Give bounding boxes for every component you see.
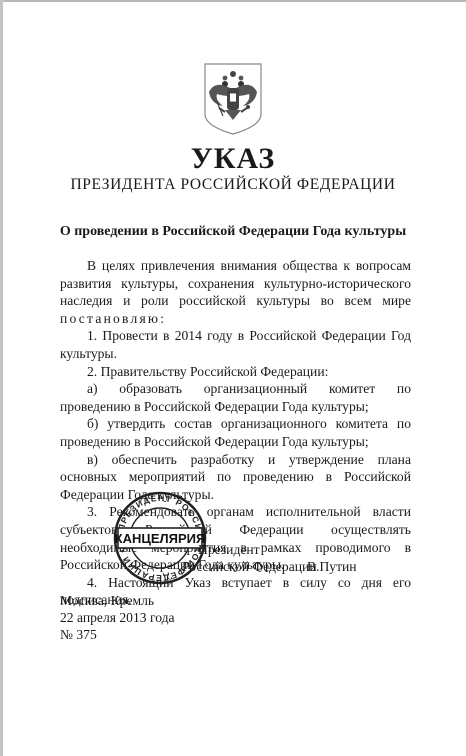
decree-subtitle: ПРЕЗИДЕНТА РОССИЙСКОЙ ФЕДЕРАЦИИ bbox=[0, 175, 466, 195]
place: Москва, Кремль bbox=[60, 592, 175, 609]
coat-of-arms-icon bbox=[203, 62, 263, 136]
preamble: В целях привлечения внимания общества к … bbox=[60, 257, 411, 327]
decree-title: УКАЗ bbox=[0, 142, 466, 176]
item-2a: а) образовать организационный комитет по… bbox=[60, 380, 411, 415]
page-border-left bbox=[0, 0, 3, 756]
decree-number: № 375 bbox=[60, 626, 175, 643]
stamp-center-text: КАНЦЕЛЯРИЯ bbox=[115, 531, 206, 546]
chancellery-stamp: ПРЕЗИДЕНТ РОССИЙСКОЙ ФЕДЕРАЦИИ • 5 • КАН… bbox=[112, 490, 208, 586]
page-border-top bbox=[0, 0, 466, 2]
preamble-text: В целях привлечения внимания общества к … bbox=[60, 258, 411, 308]
place-date-block: Москва, Кремль 22 апреля 2013 года № 375 bbox=[60, 592, 175, 643]
preamble-keyword: постановляю: bbox=[60, 311, 166, 326]
item-2b: б) утвердить состав организационного ком… bbox=[60, 415, 411, 450]
item-2: 2. Правительству Российской Федерации: bbox=[60, 363, 411, 381]
date: 22 апреля 2013 года bbox=[60, 609, 175, 626]
decree-heading: О проведении в Российской Федерации Года… bbox=[0, 223, 466, 241]
item-1: 1. Провести в 2014 году в Российской Фед… bbox=[60, 327, 411, 362]
